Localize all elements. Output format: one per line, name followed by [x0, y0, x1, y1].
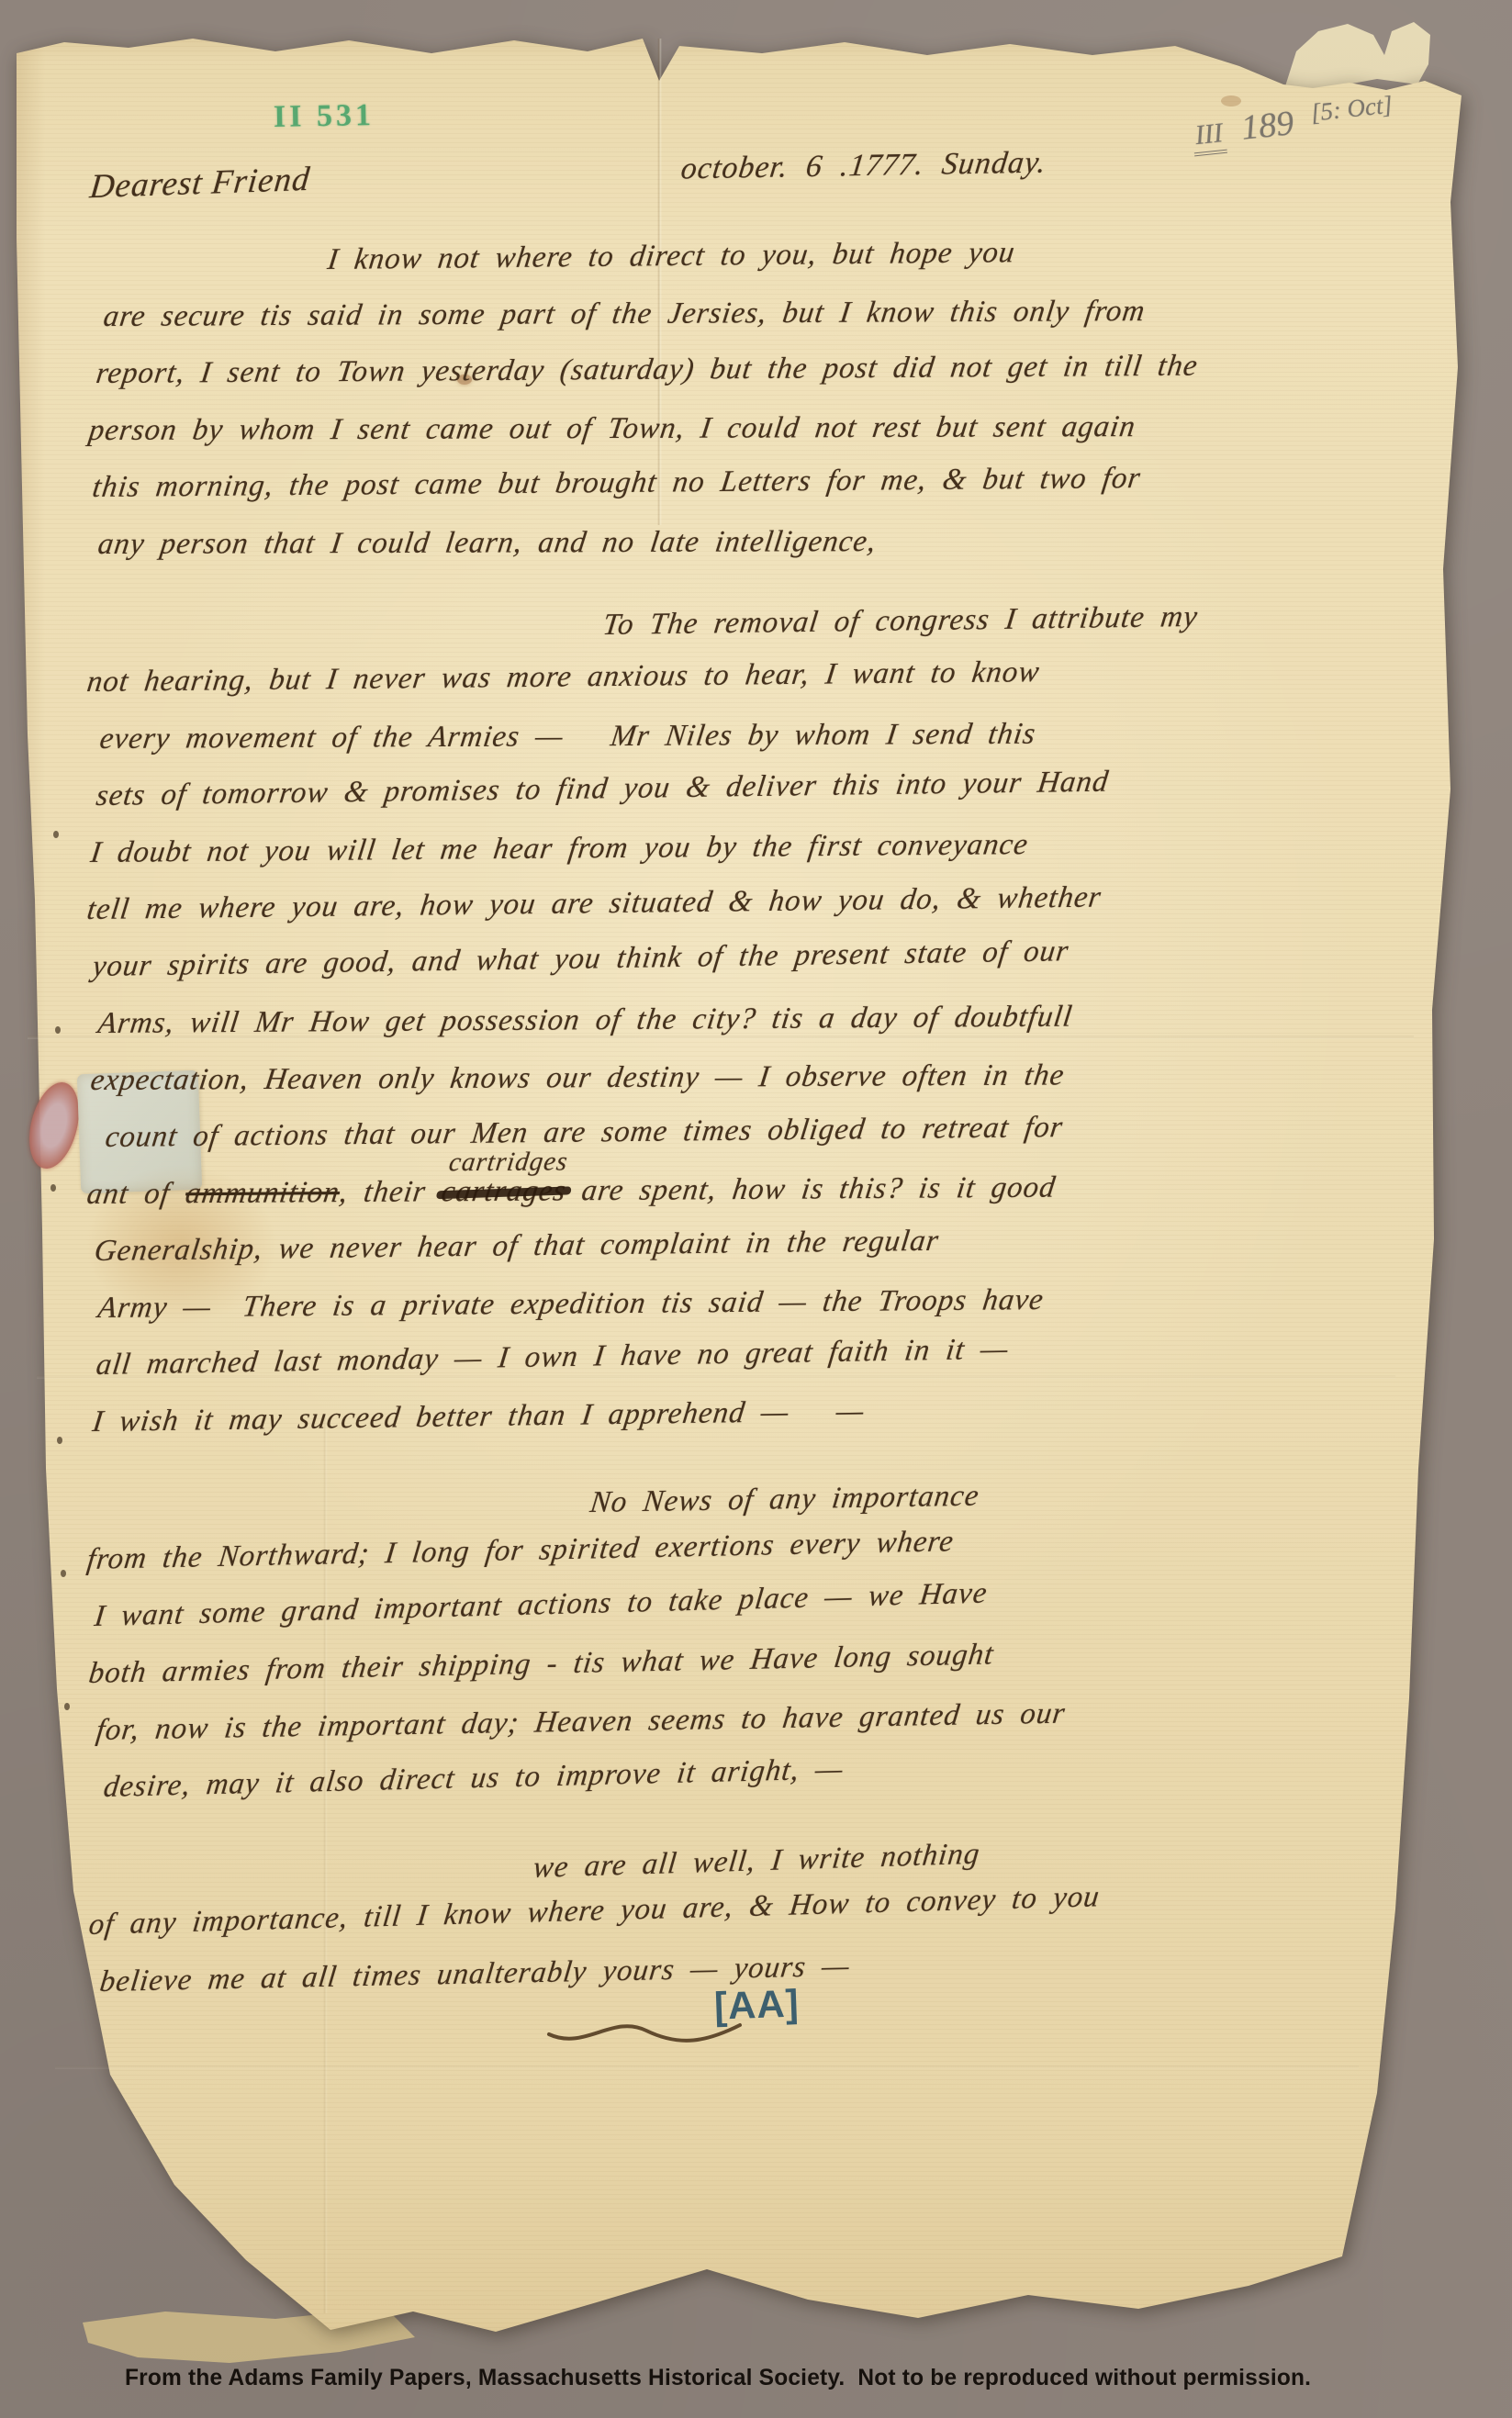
footer-credit: From the Adams Family Papers, Massachuse…	[125, 2365, 1311, 2391]
stab-hole	[57, 1437, 62, 1444]
pencil-page-number: 189	[1239, 104, 1295, 148]
stain	[1221, 95, 1241, 106]
stab-hole	[53, 831, 59, 838]
stab-hole	[61, 1570, 66, 1577]
stab-hole	[64, 1703, 70, 1710]
manuscript-line: report, I sent to Town yesterday (saturd…	[93, 336, 1450, 402]
pencil-volume-numeral: III	[1191, 118, 1227, 157]
letter-body: I know not where to direct to you, but h…	[87, 231, 1446, 2010]
fold-crease-horizontal	[55, 2065, 1359, 2069]
letter-dateline: october. 6 .1777. Sunday.	[679, 145, 1048, 186]
manuscript-text: are spent, how is this? is it good	[564, 1171, 1058, 1208]
manuscript-line: Arms, will Mr How get possession of the …	[95, 986, 1450, 1052]
manuscript-text: ant of	[85, 1177, 188, 1211]
manuscript-line: not hearing, but I never was more anxiou…	[84, 639, 1450, 711]
struck-word: ammunition	[184, 1176, 342, 1210]
catalog-number-green: II 531	[274, 98, 375, 135]
manuscript-line: are secure tis said in some part of the …	[100, 281, 1450, 345]
letter-salutation: Dearest Friend	[88, 160, 312, 207]
manuscript-line: this morning, the post came but brought …	[89, 447, 1450, 516]
manuscript-line: any person that I could learn, and no la…	[95, 511, 1450, 573]
manuscript-text: , their	[338, 1175, 444, 1209]
inserted-word: cartridges	[445, 1133, 571, 1191]
stab-hole	[55, 1026, 61, 1034]
struck-word: cartragescartridges	[438, 1162, 570, 1220]
manuscript-line: I know not where to direct to you, but h…	[324, 219, 1450, 288]
stab-hole	[50, 1184, 56, 1192]
scan-background: II 531 III 189 [5: Oct] october. 6 .1777…	[0, 0, 1512, 2418]
editor-initials: [AA]	[713, 1981, 800, 2028]
